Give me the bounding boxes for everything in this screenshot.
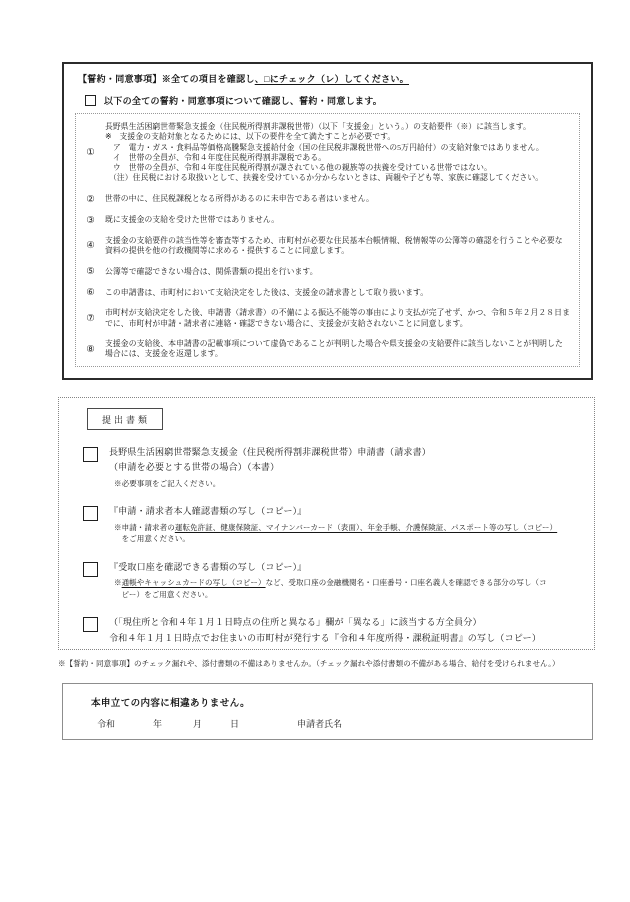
item-text: 市町村が支給決定をした後、申請書（請求書）の不備による振込不能等の事由により支払… xyxy=(105,308,570,329)
documents-section-label: 提出書類 xyxy=(87,408,163,430)
agreement-header-underlined-text: 、□にチェック（レ）してください。 xyxy=(255,74,409,84)
agreement-item-6: ⑥ この申請書は、市町村において支給決定をした後は、支援金の請求書として取り扱い… xyxy=(83,287,570,298)
document-note-text: ※必要事項をご記入ください。 xyxy=(114,479,220,488)
agreement-items-box: ① 長野県生活困窮世帯緊急支援金（住民税所得割非課税世帯）（以下「支援金」という… xyxy=(75,113,580,367)
item-number: ④ xyxy=(83,240,98,251)
document-note: ※通帳やキャッシュカードの写し（コピー）など、受取口座の金融機関名・口座番号・口… xyxy=(114,577,547,600)
item-number: ⑦ xyxy=(83,313,98,324)
item-text: 長野県生活困窮世帯緊急支援金（住民税所得割非課税世帯）（以下「支援金」という。）… xyxy=(105,122,544,184)
document-note-underlined-text: 通帳やキャッシュカードの写し（コピー） xyxy=(122,578,266,587)
year-label: 年 xyxy=(153,717,162,730)
agreement-header-text: 【誓約・同意事項】※全ての項目を確認し xyxy=(78,74,255,84)
agreement-item-5: ⑤ 公簿等で確認できない場合は、関係書類の提出を行います。 xyxy=(83,266,570,277)
item-number: ⑥ xyxy=(83,287,98,298)
document-row-text: （「現住所と令和４年１月１日時点の住所と異なる」欄が「異なる」に該当する方全員分… xyxy=(109,615,541,646)
agreement-consent-row: 以下の全ての誓約・同意事項について確認し、誓約・同意します。 xyxy=(85,94,382,107)
agreement-item-3: ③ 既に支援金の支給を受けた世帯ではありません。 xyxy=(83,215,570,226)
item-text: 支援金の支給後、本申請書の記載事項について虚偽であることが判明した場合や県支援金… xyxy=(105,339,570,360)
declaration-statement: 本申立ての内容に相違ありません。 xyxy=(91,695,592,709)
document-note-text: ※ xyxy=(114,578,122,587)
item-text: 公簿等で確認できない場合は、関係書類の提出を行います。 xyxy=(105,267,318,277)
document-row-application: 長野県生活困窮世帯緊急支援金（住民税所得割非課税世帯）申請書（請求書） （申請を… xyxy=(83,445,578,489)
document-title: 『申請・請求者本人確認書類の写し（コピー）』 xyxy=(109,504,557,519)
applicant-name-label: 申請者氏名 xyxy=(297,717,342,730)
item-number: ⑤ xyxy=(83,266,98,277)
document-note-text: ※申請・請求者の xyxy=(114,523,175,532)
agreement-consent-checkbox[interactable] xyxy=(85,95,96,106)
document-note: ※必要事項をご記入ください。 xyxy=(114,478,431,490)
document-row-text: 『受取口座を確認できる書類の写し（コピー）』 ※通帳やキャッシュカードの写し（コ… xyxy=(109,560,547,601)
agreement-section: 【誓約・同意事項】※全ての項目を確認し、□にチェック（レ）してください。 以下の… xyxy=(62,62,593,380)
agreement-item-8: ⑧ 支援金の支給後、本申請書の記載事項について虚偽であることが判明した場合や県支… xyxy=(83,339,570,360)
document-note-underlined-text: 運転免許証、健康保険証、マイナンバーカード（表面）、年金手帳、介護保険証、パスポ… xyxy=(175,523,557,532)
declaration-section: 本申立ての内容に相違ありません。 令和 年 月 日 申請者氏名 xyxy=(62,683,593,740)
document-row-text: 『申請・請求者本人確認書類の写し（コピー）』 ※申請・請求者の運転免許証、健康保… xyxy=(109,504,557,545)
document-row-identity: 『申請・請求者本人確認書類の写し（コピー）』 ※申請・請求者の運転免許証、健康保… xyxy=(83,504,578,545)
month-label: 月 xyxy=(193,717,202,730)
document-checkbox-tax-certificate[interactable] xyxy=(83,617,98,632)
documents-section: 提出書類 長野県生活困窮世帯緊急支援金（住民税所得割非課税世帯）申請書（請求書）… xyxy=(58,397,595,650)
document-title: 『受取口座を確認できる書類の写し（コピー）』 xyxy=(109,560,547,575)
document-row-bank-account: 『受取口座を確認できる書類の写し（コピー）』 ※通帳やキャッシュカードの写し（コ… xyxy=(83,560,578,601)
item-text: 世帯の中に、住民税課税となる所得があるのに未申告である者はいません。 xyxy=(105,194,374,204)
agreement-header: 【誓約・同意事項】※全ての項目を確認し、□にチェック（レ）してください。 xyxy=(78,72,409,85)
document-note-text: をご用意ください。 xyxy=(114,534,190,543)
agreement-consent-label: 以下の全ての誓約・同意事項について確認し、誓約・同意します。 xyxy=(104,94,382,107)
item-number: ② xyxy=(83,194,98,205)
document-row-text: 長野県生活困窮世帯緊急支援金（住民税所得割非課税世帯）申請書（請求書） （申請を… xyxy=(109,445,431,489)
document-checkbox-application[interactable] xyxy=(83,447,98,462)
agreement-item-4: ④ 支援金の支給要件の該当性等を審査等するため、市町村が必要な住民基本台帳情報、… xyxy=(83,236,570,257)
declaration-date-row: 令和 年 月 日 申請者氏名 xyxy=(91,717,592,730)
agreement-item-1: ① 長野県生活困窮世帯緊急支援金（住民税所得割非課税世帯）（以下「支援金」という… xyxy=(83,122,570,184)
item-number: ③ xyxy=(83,215,98,226)
item-number: ① xyxy=(83,147,98,158)
item-number: ⑧ xyxy=(83,344,98,355)
document-title: 長野県生活困窮世帯緊急支援金（住民税所得割非課税世帯）申請書（請求書） （申請を… xyxy=(109,445,431,476)
item-text: 既に支援金の支給を受けた世帯ではありません。 xyxy=(105,215,279,225)
document-checkbox-bank-account[interactable] xyxy=(83,562,98,577)
item-text: この申請書は、市町村において支給決定をした後は、支援金の請求書として取り扱います… xyxy=(105,288,428,298)
agreement-item-2: ② 世帯の中に、住民税課税となる所得があるのに未申告である者はいません。 xyxy=(83,194,570,205)
document-page: 【誓約・同意事項】※全ての項目を確認し、□にチェック（レ）してください。 以下の… xyxy=(0,0,630,902)
document-checkbox-identity[interactable] xyxy=(83,506,98,521)
check-reminder-footnote: ※【誓約・同意事項】のチェック漏れや、添付書類の不備はありませんか。（チェック漏… xyxy=(58,658,598,669)
document-note: ※申請・請求者の運転免許証、健康保険証、マイナンバーカード（表面）、年金手帳、介… xyxy=(114,522,557,545)
document-title: （「現住所と令和４年１月１日時点の住所と異なる」欄が「異なる」に該当する方全員分… xyxy=(109,615,541,646)
day-label: 日 xyxy=(230,717,239,730)
item-text: 支援金の支給要件の該当性等を審査等するため、市町村が必要な住民基本台帳情報、税情… xyxy=(105,236,570,257)
agreement-item-7: ⑦ 市町村が支給決定をした後、申請書（請求書）の不備による振込不能等の事由により… xyxy=(83,308,570,329)
era-label: 令和 xyxy=(97,717,115,730)
document-row-tax-certificate: （「現住所と令和４年１月１日時点の住所と異なる」欄が「異なる」に該当する方全員分… xyxy=(83,615,578,646)
